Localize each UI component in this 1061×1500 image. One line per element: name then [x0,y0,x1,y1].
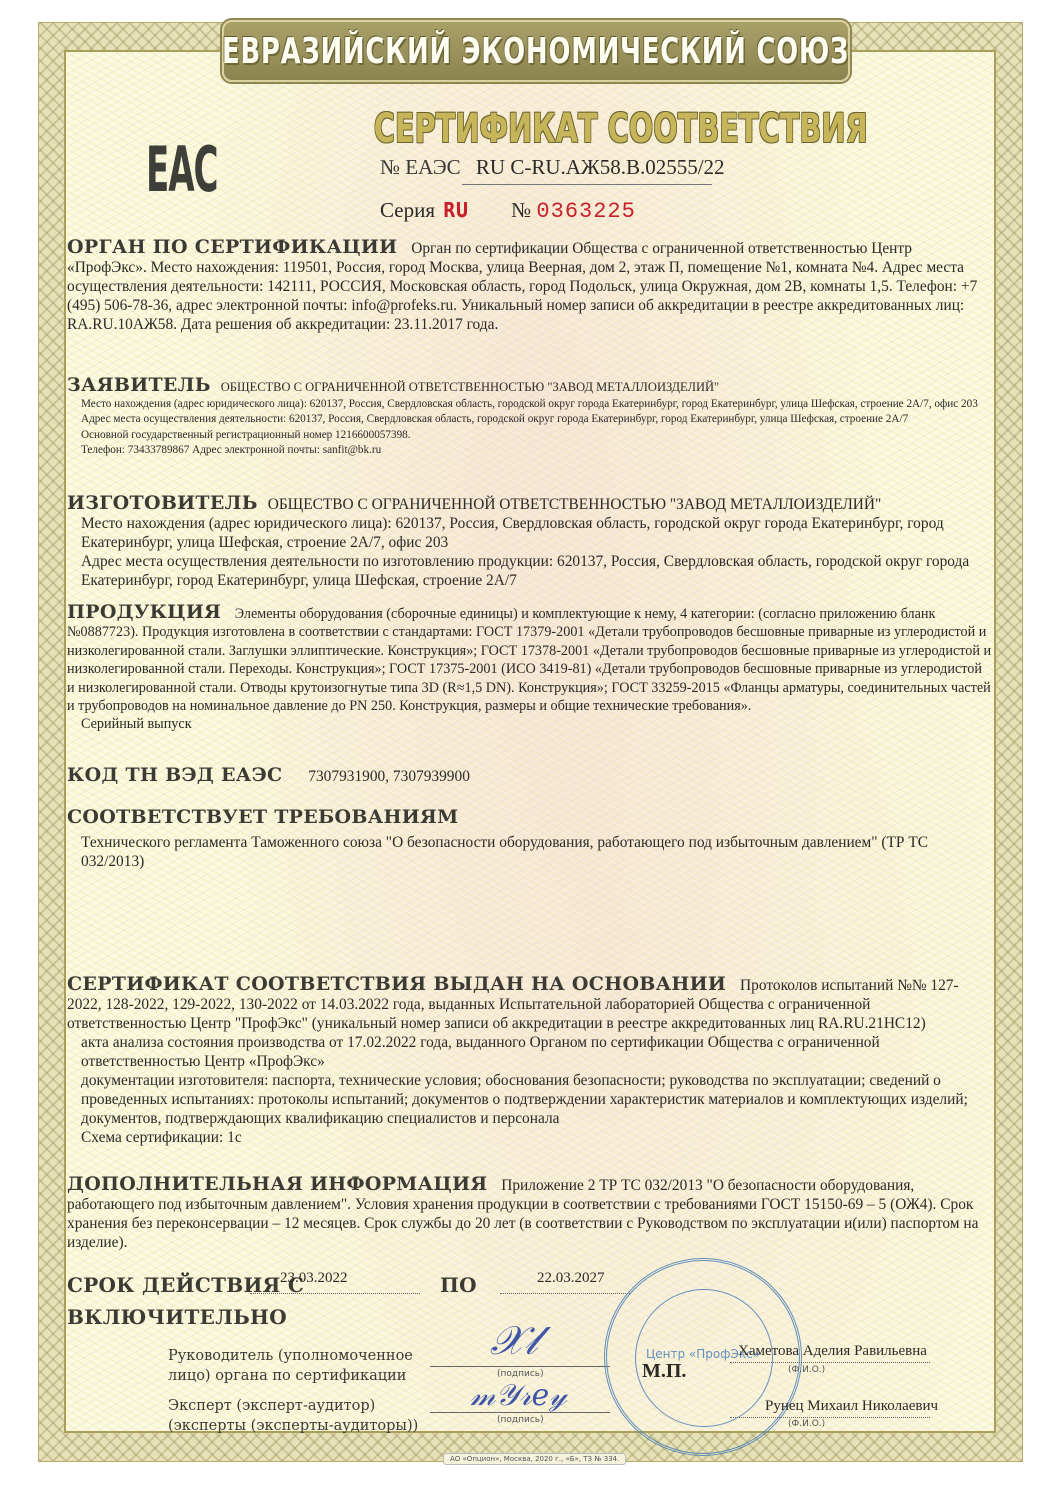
basis-production-act: акта анализа состояния производства от 1… [81,1033,992,1071]
section-basis: СЕРТИФИКАТ СООТВЕТСТВИЯ ВЫДАН НА ОСНОВАН… [67,975,992,1147]
heading-requirements: СООТВЕТСТВУЕТ ТРЕБОВАНИЯМ [67,808,982,827]
section-product: ПРОДУКЦИЯ Элементы оборудования (сборочн… [67,603,992,734]
section-tnved: КОД ТН ВЭД ЕАЭС 7307931900, 7307939900 [67,766,992,786]
printer-imprint: АО «Опцион», Москва, 2020 г., «Б», ТЗ № … [443,1453,626,1465]
section-manufacturer: ИЗГОТОВИТЕЛЬОБЩЕСТВО С ОГРАНИЧЕННОЙ ОТВЕ… [67,494,992,590]
series-label: Серия [380,198,435,222]
heading-product: ПРОДУКЦИЯ [67,601,221,623]
section-certification-body: ОРГАН ПО СЕРТИФИКАЦИИ Орган по сертифика… [67,238,992,334]
form-number: 0363225 [536,199,635,224]
union-banner: ЕВРАЗИЙСКИЙ ЭКОНОМИЧЕСКИЙ СОЮЗ [222,20,850,82]
heading-applicant: ЗАЯВИТЕЛЬ [67,374,211,396]
heading-additional: ДОПОЛНИТЕЛЬНАЯ ИНФОРМАЦИЯ [67,1173,487,1195]
expert-signature-icon: 𝓂𝒴𝓇𝑒𝓎 [470,1378,567,1413]
section-applicant: ЗАЯВИТЕЛЬОБЩЕСТВО С ОГРАНИЧЕННОЙ ОТВЕТСТ… [67,376,992,459]
certificate-title: СЕРТИФИКАТ СООТВЕТСТВИЯ [374,106,712,152]
registration-number: № ЕАЭС RU C-RU.АЖ58.В.02555/22 [380,155,725,180]
tnved-codes: 7307931900, 7307939900 [308,768,470,785]
reg-value: RU C-RU.АЖ58.В.02555/22 [476,155,725,179]
number-label: № [511,198,531,222]
heading-tnved: КОД ТН ВЭД ЕАЭС [67,764,282,786]
applicant-ogrn: Основной государственный регистрационный… [81,428,992,443]
manufacturer-legal-address: Место нахождения (адрес юридического лиц… [81,514,992,552]
from-date-line [250,1293,420,1294]
head-signature-icon: 𝒳𝓁 [490,1318,538,1364]
heading-manufacturer: ИЗГОТОВИТЕЛЬ [67,492,258,514]
to-date-line [500,1293,630,1294]
head-name-caption: (Ф.И.О.) [788,1365,825,1375]
series-value: RU [443,198,468,222]
applicant-legal-address: Место нахождения (адрес юридического лиц… [81,397,992,412]
heading-certification-body: ОРГАН ПО СЕРТИФИКАЦИИ [67,236,397,258]
eac-logo-icon: EAC [146,133,217,206]
manufacturer-production-address: Адрес места осуществления деятельности п… [81,552,992,590]
reg-label: № ЕАЭС [380,155,461,179]
basis-documentation: документации изготовителя: паспорта, тех… [81,1071,992,1128]
section-additional: ДОПОЛНИТЕЛЬНАЯ ИНФОРМАЦИЯ Приложение 2 Т… [67,1175,992,1252]
expert-name-caption: (Ф.И.О.) [788,1419,825,1429]
requirements-text: Технического регламента Таможенного союз… [67,833,961,871]
expert-name-line [730,1417,930,1418]
applicant-name: ОБЩЕСТВО С ОГРАНИЧЕННОЙ ОТВЕТСТВЕННОСТЬЮ… [221,380,719,394]
head-signature-line [430,1366,610,1367]
product-release: Серийный выпуск [67,715,992,733]
head-label: Руководитель (уполномоченное лицо) орган… [168,1346,413,1386]
applicant-contacts: Телефон: 73433789867 Адрес электронной п… [81,443,992,458]
validity-inclusive-label: ВКЛЮЧИТЕЛЬНО [67,1305,287,1329]
validity-to-date: 22.03.2027 [537,1270,605,1287]
expert-signature-caption: (подпись) [497,1415,544,1425]
basis-scheme: Схема сертификации: 1с [81,1128,992,1147]
expert-label: Эксперт (эксперт-аудитор) (эксперты (экс… [168,1396,418,1436]
heading-basis: СЕРТИФИКАТ СООТВЕТСТВИЯ ВЫДАН НА ОСНОВАН… [67,973,726,995]
expert-name: Рунец Михаил Николаевич [765,1398,938,1415]
series-number: Серия RU № 0363225 [380,198,636,224]
validity-from-date: 23.03.2022 [280,1270,348,1287]
seal-label: М.П. [642,1360,686,1383]
head-name: Хаметова Аделия Равильевна [738,1343,927,1360]
union-banner-text: ЕВРАЗИЙСКИЙ ЭКОНОМИЧЕСКИЙ СОЮЗ [222,31,849,72]
reg-underline [462,184,712,185]
manufacturer-name: ОБЩЕСТВО С ОГРАНИЧЕННОЙ ОТВЕТСТВЕННОСТЬЮ… [268,496,882,513]
applicant-activity-address: Адрес места осуществления деятельности: … [81,412,992,427]
head-name-line [730,1362,930,1363]
validity-to-label: ПО [440,1273,477,1297]
section-requirements: СООТВЕТСТВУЕТ ТРЕБОВАНИЯМ Технического р… [67,808,992,871]
